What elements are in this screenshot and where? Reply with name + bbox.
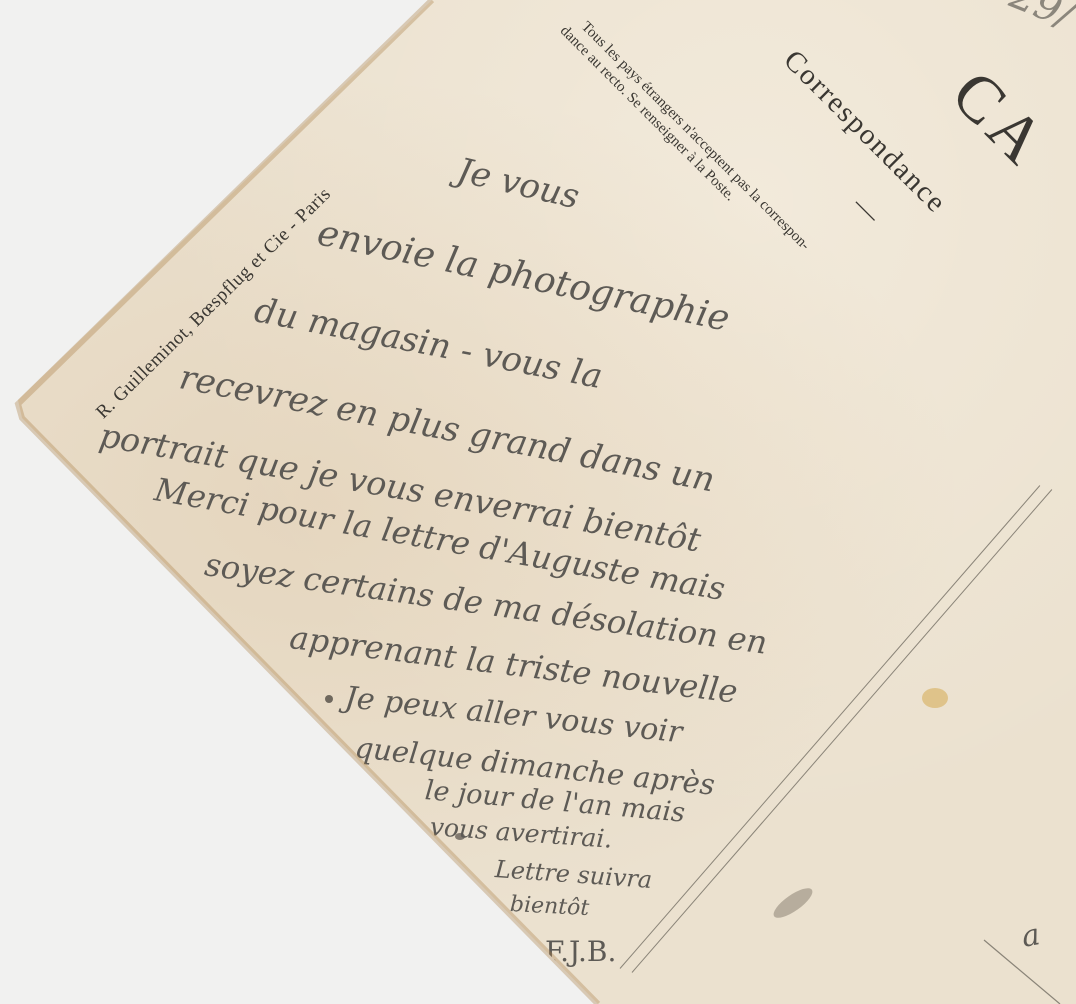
grey-smudge bbox=[770, 883, 817, 922]
message-line: bientôt bbox=[509, 892, 589, 921]
message-line: Lettre suivra bbox=[494, 855, 653, 894]
postcard-back: R. Guilleminot, Bœspflug et Cie - Paris … bbox=[0, 0, 1076, 1004]
handwritten-date-mark: 29/ bbox=[1004, 0, 1076, 38]
postal-notice-line2: dance au recto. Se renseigner à la Poste… bbox=[556, 22, 801, 267]
divider-line bbox=[632, 489, 1053, 973]
small-dark-spot bbox=[325, 695, 333, 703]
signature: F.J.B. bbox=[545, 935, 616, 968]
postal-notice-line1: Tous les pays étrangers n'acceptent pas … bbox=[577, 18, 813, 254]
message-line: Je vous bbox=[454, 151, 583, 218]
yellow-stain bbox=[922, 688, 948, 708]
correspondence-dash: — bbox=[847, 190, 887, 230]
corner-mark: a bbox=[1019, 917, 1043, 955]
card-title-fragment: CA bbox=[936, 56, 1063, 183]
postal-notice: Tous les pays étrangers n'acceptent pas … bbox=[565, 18, 814, 267]
